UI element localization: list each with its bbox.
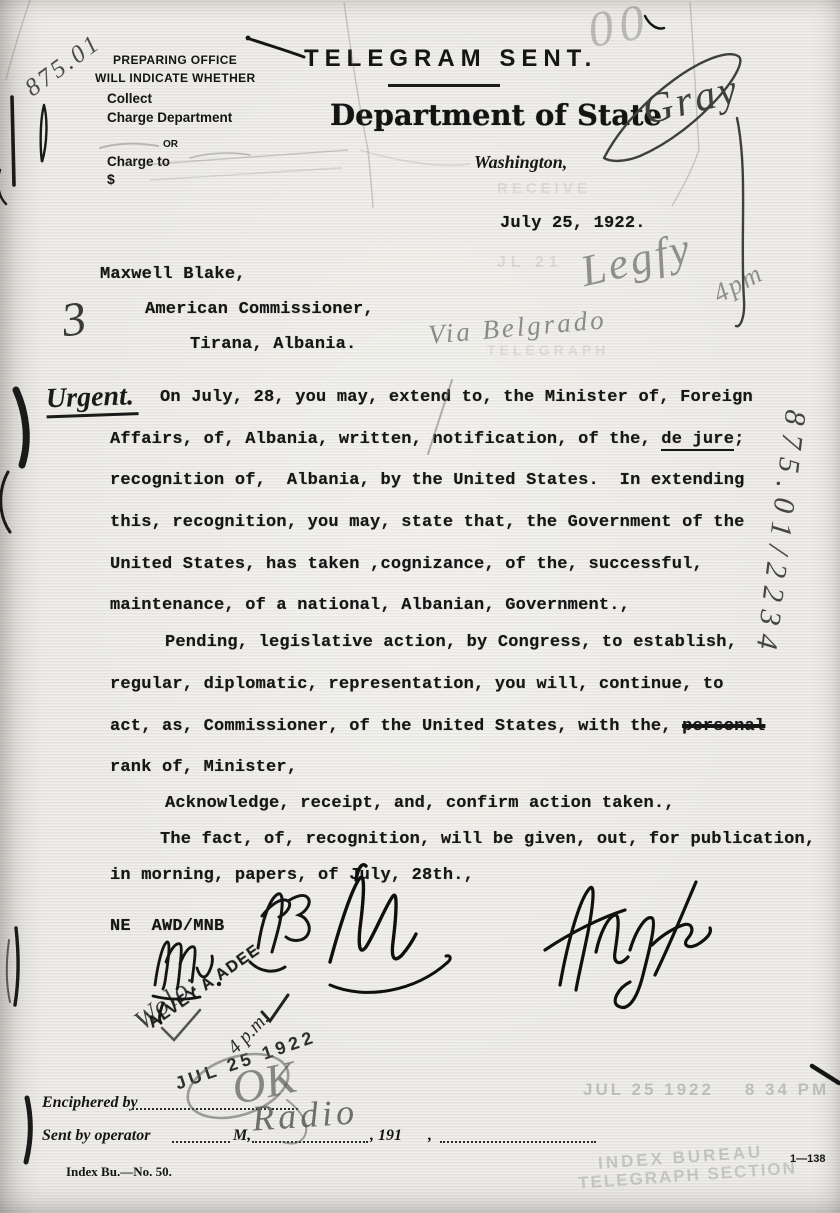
annotation-gray: Gray [638, 65, 745, 135]
charge-option-or: OR [163, 139, 178, 150]
body-line: regular, diplomatic, representation, you… [110, 675, 724, 694]
body-line: this, recognition, you may, state that, … [110, 513, 745, 532]
annotation-urgent-text: Urgent. [45, 380, 138, 418]
form-radio-line [252, 1141, 368, 1143]
charge-option-collect: Collect [107, 91, 152, 106]
file-number-topleft: 875.01 [20, 29, 107, 103]
annotation-radio: Radio [251, 1090, 360, 1139]
annotation-faint-zeros: 00 [583, 0, 654, 59]
body-line: The fact, of, recognition, will be given… [160, 830, 815, 849]
form-trailing-line [440, 1141, 596, 1143]
form-enciphered-label: Enciphered by [42, 1094, 138, 1112]
body-line: On July, 28, you may, extend to, the Min… [160, 388, 753, 407]
stamp-receive-faint: RECEIVE [497, 180, 591, 197]
stamp-received-faint: JUL 25 1922 8 34 PM [583, 1080, 829, 1100]
title-underline [388, 84, 500, 87]
telegram-sent-title: TELEGRAM SENT. [304, 45, 597, 73]
signature-hughes [545, 882, 710, 1007]
department-of-state: Department of State [330, 98, 662, 132]
body-line: rank of, Minister, [110, 758, 297, 777]
form-index-no: Index Bu.—No. 50. [66, 1164, 172, 1180]
annotation-legfy-time: 4pm [708, 257, 769, 309]
underlined-de-jure: de jure [661, 430, 734, 451]
body-line: in morning, papers, of July, 28th., [110, 866, 474, 885]
form-sent-line [172, 1141, 230, 1143]
charge-option-dollar: $ [107, 171, 115, 187]
addressee-city: Tirana, Albania. [190, 335, 356, 354]
addressee-name: Maxwell Blake, [100, 265, 246, 284]
date-line: July 25, 1922. [500, 214, 646, 233]
body-line-segment: act, as, Commissioner, of the United Sta… [110, 717, 682, 736]
stamp-telegraph-faint: TELEGRAPH [487, 342, 609, 358]
form-comma: , [428, 1127, 432, 1145]
form-m-label: M, [233, 1127, 251, 1145]
annotation-margin-three: 3 [58, 291, 89, 349]
form-year-label: , 191 [370, 1127, 402, 1145]
addressee-title: American Commissioner, [145, 300, 374, 319]
typed-initials: NE AWD/MNB [110, 917, 224, 936]
annotation-legfy: Legfy [576, 222, 697, 297]
body-line: United States, has taken ,cognizance, of… [110, 555, 703, 574]
body-line: maintenance, of a national, Albanian, Go… [110, 596, 630, 615]
form-sent-label: Sent by operator [42, 1127, 150, 1145]
margin-ink-marks [0, 97, 46, 1162]
body-line: Pending, legislative action, by Congress… [165, 633, 737, 652]
annotation-urgent: Urgent. [29, 362, 139, 434]
body-line: act, as, Commissioner, of the United Sta… [110, 717, 765, 736]
washington-line: Washington, [474, 152, 567, 173]
charge-option-charge-to: Charge to [107, 154, 170, 169]
body-line-segment: ; [734, 430, 744, 449]
body-line: Affairs, of, Albania, written, notificat… [110, 430, 745, 449]
telegram-document: 875.01 PREPARING OFFICE WILL INDICATE WH… [0, 0, 840, 1213]
body-line: Acknowledge, receipt, and, confirm actio… [165, 794, 675, 813]
body-line-segment: Affairs, of, Albania, written, notificat… [110, 430, 661, 449]
preparing-office-line1: PREPARING OFFICE [113, 53, 237, 67]
charge-option-department: Charge Department [107, 110, 232, 125]
struck-personal: personal [682, 717, 765, 736]
stamp-jl21-faint: JL 21 [497, 254, 563, 272]
preparing-office-line2: WILL INDICATE WHETHER [95, 71, 256, 85]
annotation-file-diagonal: 875.01/2234 [748, 408, 812, 660]
body-line: recognition of, Albania, by the United S… [110, 471, 745, 490]
